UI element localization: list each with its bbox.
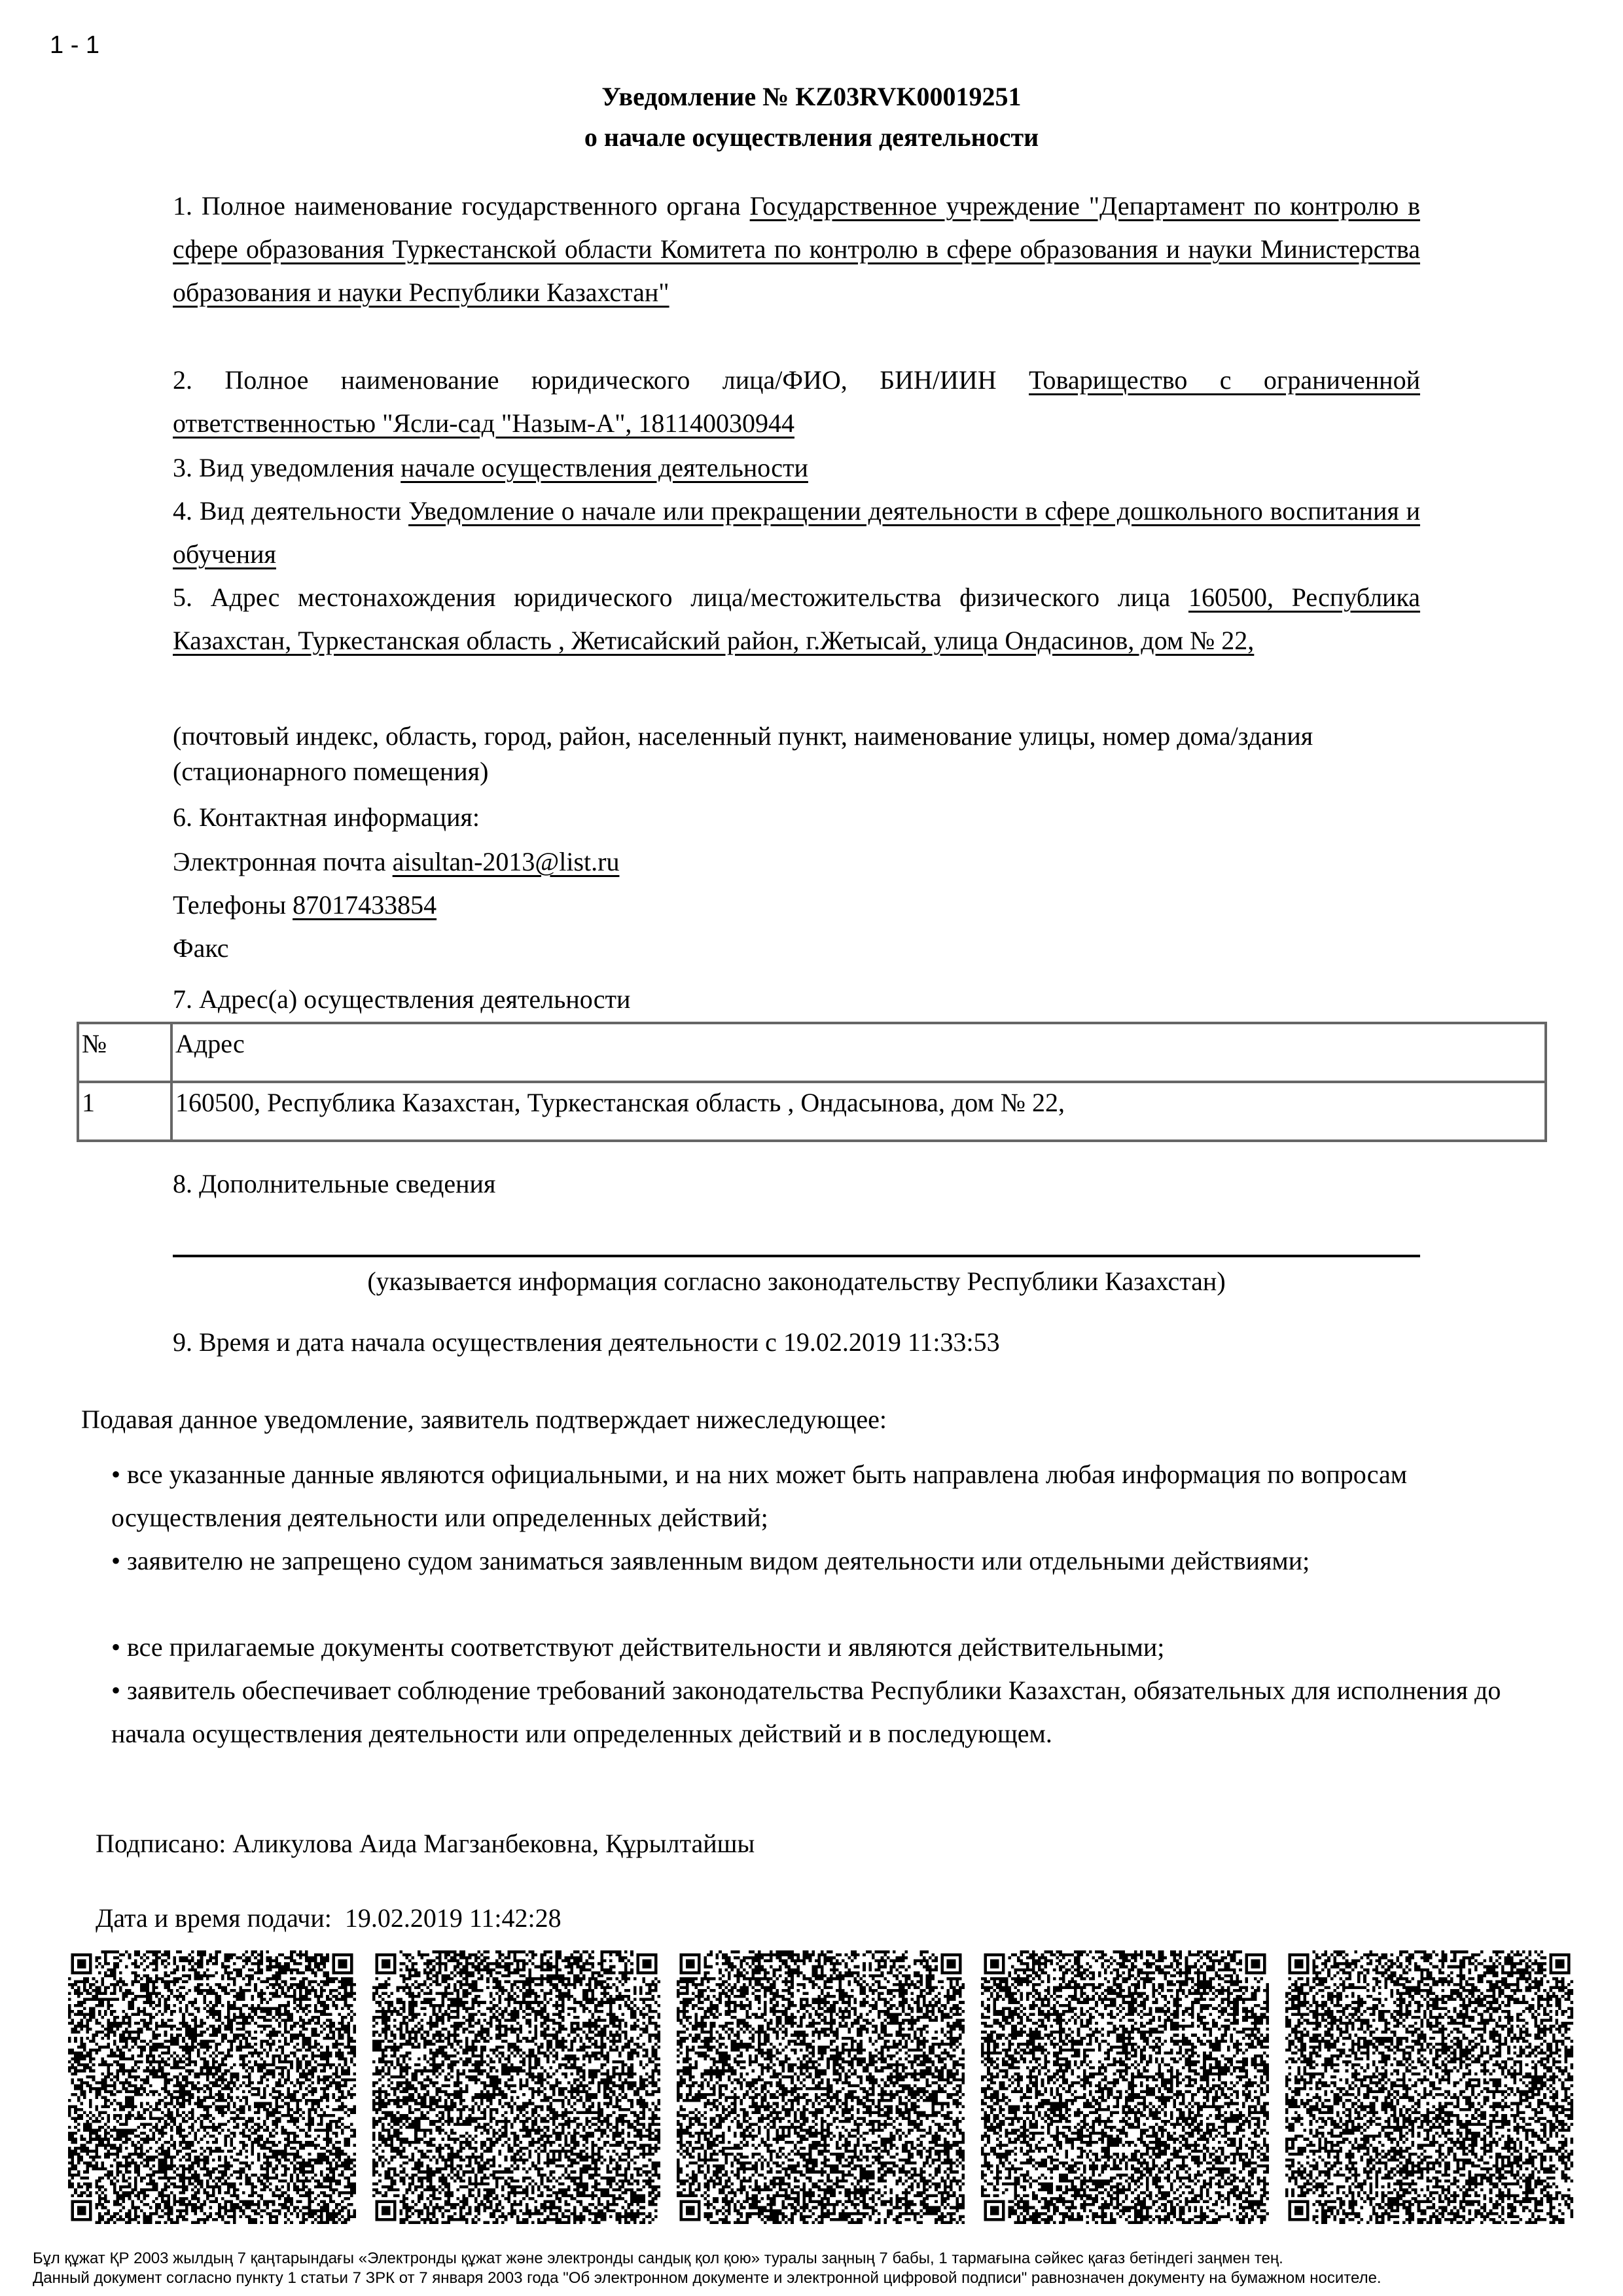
notification-type: начале осуществления деятельности — [401, 453, 808, 482]
signature-row: Подписано: Аликулова Аида Магзанбековна,… — [96, 1822, 755, 1865]
section-5-label: 5. Адрес местонахождения юридического ли… — [173, 583, 1170, 612]
phone-value: 87017433854 — [293, 890, 437, 920]
column-header-number: № — [78, 1023, 171, 1082]
fax-row: Факс — [173, 927, 229, 970]
row-number: 1 — [78, 1082, 171, 1141]
table-header-row: № Адрес — [78, 1023, 1546, 1082]
confirmation-bullet-1: • все указанные данные являются официаль… — [111, 1453, 1486, 1539]
contact-info-label: 6. Контактная информация: — [173, 796, 480, 839]
additional-info-label: 8. Дополнительные сведения — [173, 1162, 495, 1206]
additional-info-underline — [173, 1255, 1420, 1257]
section-5: 5. Адрес местонахождения юридического ли… — [173, 576, 1420, 662]
qr-code-icon — [1285, 1950, 1573, 2224]
confirmation-bullet-4: • заявитель обеспечивает соблюдение треб… — [111, 1669, 1518, 1755]
section-2-label: 2. Полное наименование юридического лица… — [173, 365, 997, 395]
qr-code-strip — [68, 1950, 1573, 2224]
confirmation-bullet-3: • все прилагаемые документы соответствую… — [111, 1626, 1486, 1669]
submission-row: Дата и время подачи: 19.02.2019 11:42:28 — [96, 1897, 562, 1940]
email-row: Электронная почта aisultan-2013@list.ru — [173, 840, 619, 884]
section-1-label: 1. Полное наименование государственного … — [173, 191, 741, 221]
column-header-address: Адрес — [171, 1023, 1546, 1082]
qr-code-icon — [981, 1950, 1269, 2224]
signed-by-value: Аликулова Аида Магзанбековна, Құрылтайшы — [232, 1829, 755, 1858]
section-2: 2. Полное наименование юридического лица… — [173, 359, 1420, 445]
submission-datetime-value: 19.02.2019 11:42:28 — [345, 1903, 562, 1933]
signed-by-label: Подписано: — [96, 1829, 226, 1858]
section-1: 1. Полное наименование государственного … — [173, 185, 1420, 314]
fax-label: Факс — [173, 933, 229, 963]
address-format-hint: (почтовый индекс, область, город, район,… — [173, 719, 1420, 789]
qr-code-icon — [372, 1950, 660, 2224]
email-label: Электронная почта — [173, 847, 386, 876]
row-address: 160500, Республика Казахстан, Туркестанс… — [171, 1082, 1546, 1141]
start-datetime-label: 9. Время и дата начала осуществления дея… — [173, 1327, 777, 1357]
footer-legal-ru: Данный документ согласно пункту 1 статьи… — [33, 2269, 1382, 2288]
submission-datetime-label: Дата и время подачи: — [96, 1903, 332, 1933]
section-3-label: 3. Вид уведомления — [173, 453, 394, 482]
page-number: 1 - 1 — [50, 31, 99, 60]
footer-legal-kz: Бұл құжат ҚР 2003 жылдың 7 қаңтарындағы … — [33, 2249, 1283, 2269]
document-subtitle: о начале осуществления деятельности — [0, 118, 1623, 157]
section-4-label: 4. Вид деятельности — [173, 496, 401, 526]
section-3: 3. Вид уведомления начале осуществления … — [173, 446, 808, 490]
activity-address-table: № Адрес 1 160500, Республика Казахстан, … — [77, 1022, 1547, 1142]
activity-address-label: 7. Адрес(а) осуществления деятельности — [173, 978, 630, 1021]
start-datetime-value: 19.02.2019 11:33:53 — [783, 1327, 1000, 1357]
qr-code-icon — [677, 1950, 965, 2224]
section-9: 9. Время и дата начала осуществления дея… — [173, 1321, 1000, 1364]
qr-code-icon — [68, 1950, 356, 2224]
document-title: Уведомление № KZ03RVK00019251 — [0, 77, 1623, 117]
confirmation-intro: Подавая данное уведомление, заявитель по… — [81, 1398, 887, 1441]
email-link[interactable]: aisultan-2013@list.ru — [393, 847, 620, 876]
section-4: 4. Вид деятельности Уведомление о начале… — [173, 490, 1420, 576]
confirmation-bullet-2: • заявителю не запрещено судом заниматьс… — [111, 1539, 1486, 1583]
table-row: 1 160500, Республика Казахстан, Туркеста… — [78, 1082, 1546, 1141]
additional-info-hint: (указывается информация согласно законод… — [173, 1260, 1420, 1303]
phone-row: Телефоны 87017433854 — [173, 884, 437, 927]
phone-label: Телефоны — [173, 890, 286, 920]
